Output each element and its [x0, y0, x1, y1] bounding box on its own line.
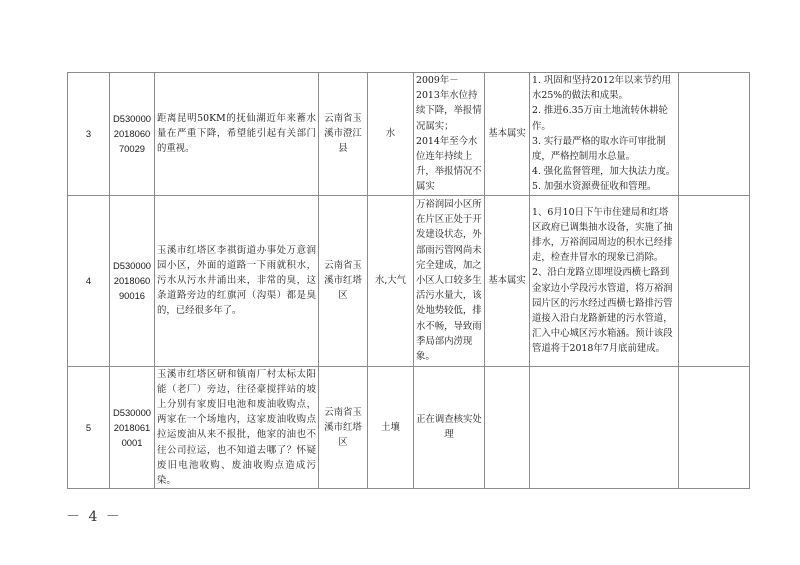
verification-result: 基本属实 — [485, 73, 530, 196]
page-number: － 4 － — [66, 506, 122, 526]
row-number: 3 — [68, 73, 110, 196]
table-row: 4 D530000 2018060 90016 玉溪市红塔区李祺街道办事处万意润… — [68, 195, 750, 366]
location: 云南省玉溪市红塔区 — [319, 195, 368, 366]
case-id: D530000 2018061 0001 — [110, 366, 155, 489]
remarks — [679, 73, 750, 196]
pollution-type: 水,大气 — [368, 195, 414, 366]
table-row: 3 D530000 2018060 70029 距离昆明50KM的抚仙湖近年来蓄… — [68, 73, 750, 196]
remarks — [679, 366, 750, 489]
pollution-type: 土壤 — [368, 366, 414, 489]
location: 云南省玉溪市红塔区 — [319, 366, 368, 489]
remediation-actions — [530, 366, 679, 489]
verification-result: 基本属实 — [485, 195, 530, 366]
remediation-actions: 1、6月10日下午市住建局和红塔区政府已调集抽水设备，实施了抽排水，万裕润园周边… — [530, 195, 679, 366]
table-row: 5 D530000 2018061 0001 玉溪市红塔区研和镇南厂村太标太阳能… — [68, 366, 750, 489]
case-id: D530000 2018060 90016 — [110, 195, 155, 366]
location: 云南省玉溪市澄江县 — [319, 73, 368, 196]
row-number: 4 — [68, 195, 110, 366]
remediation-actions: 1. 巩固和坚持2012年以来节约用水25%的做法和成果。 2. 推进6.35万… — [530, 73, 679, 196]
case-id: D530000 2018060 70029 — [110, 73, 155, 196]
verification-status: 正在调查核实处理 — [414, 366, 485, 489]
complaint-description: 玉溪市红塔区李祺街道办事处万意润园小区，外面的道路一下雨就积水，污水从污水井涌出… — [155, 195, 319, 366]
verification-result — [485, 366, 530, 489]
remarks — [679, 195, 750, 366]
pollution-type: 水 — [368, 73, 414, 196]
verification-status: 2009年－2013年水位持续下降，举报情况属实； 2014年至今水位连年持续上… — [414, 73, 485, 196]
row-number: 5 — [68, 366, 110, 489]
complaint-description: 距离昆明50KM的抚仙湖近年来蓄水量在严重下降，希望能引起有关部门的重视。 — [155, 73, 319, 196]
complaint-description: 玉溪市红塔区研和镇南厂村太标太阳能（老厂）旁边，往径豪搅拌站的坡上分别有家废旧电… — [155, 366, 319, 489]
verification-status: 万裕润园小区所在片区正处于开发建设状态，外部雨污管网尚未完全建成，加之小区人口较… — [414, 195, 485, 366]
complaint-table: 3 D530000 2018060 70029 距离昆明50KM的抚仙湖近年来蓄… — [67, 72, 750, 489]
